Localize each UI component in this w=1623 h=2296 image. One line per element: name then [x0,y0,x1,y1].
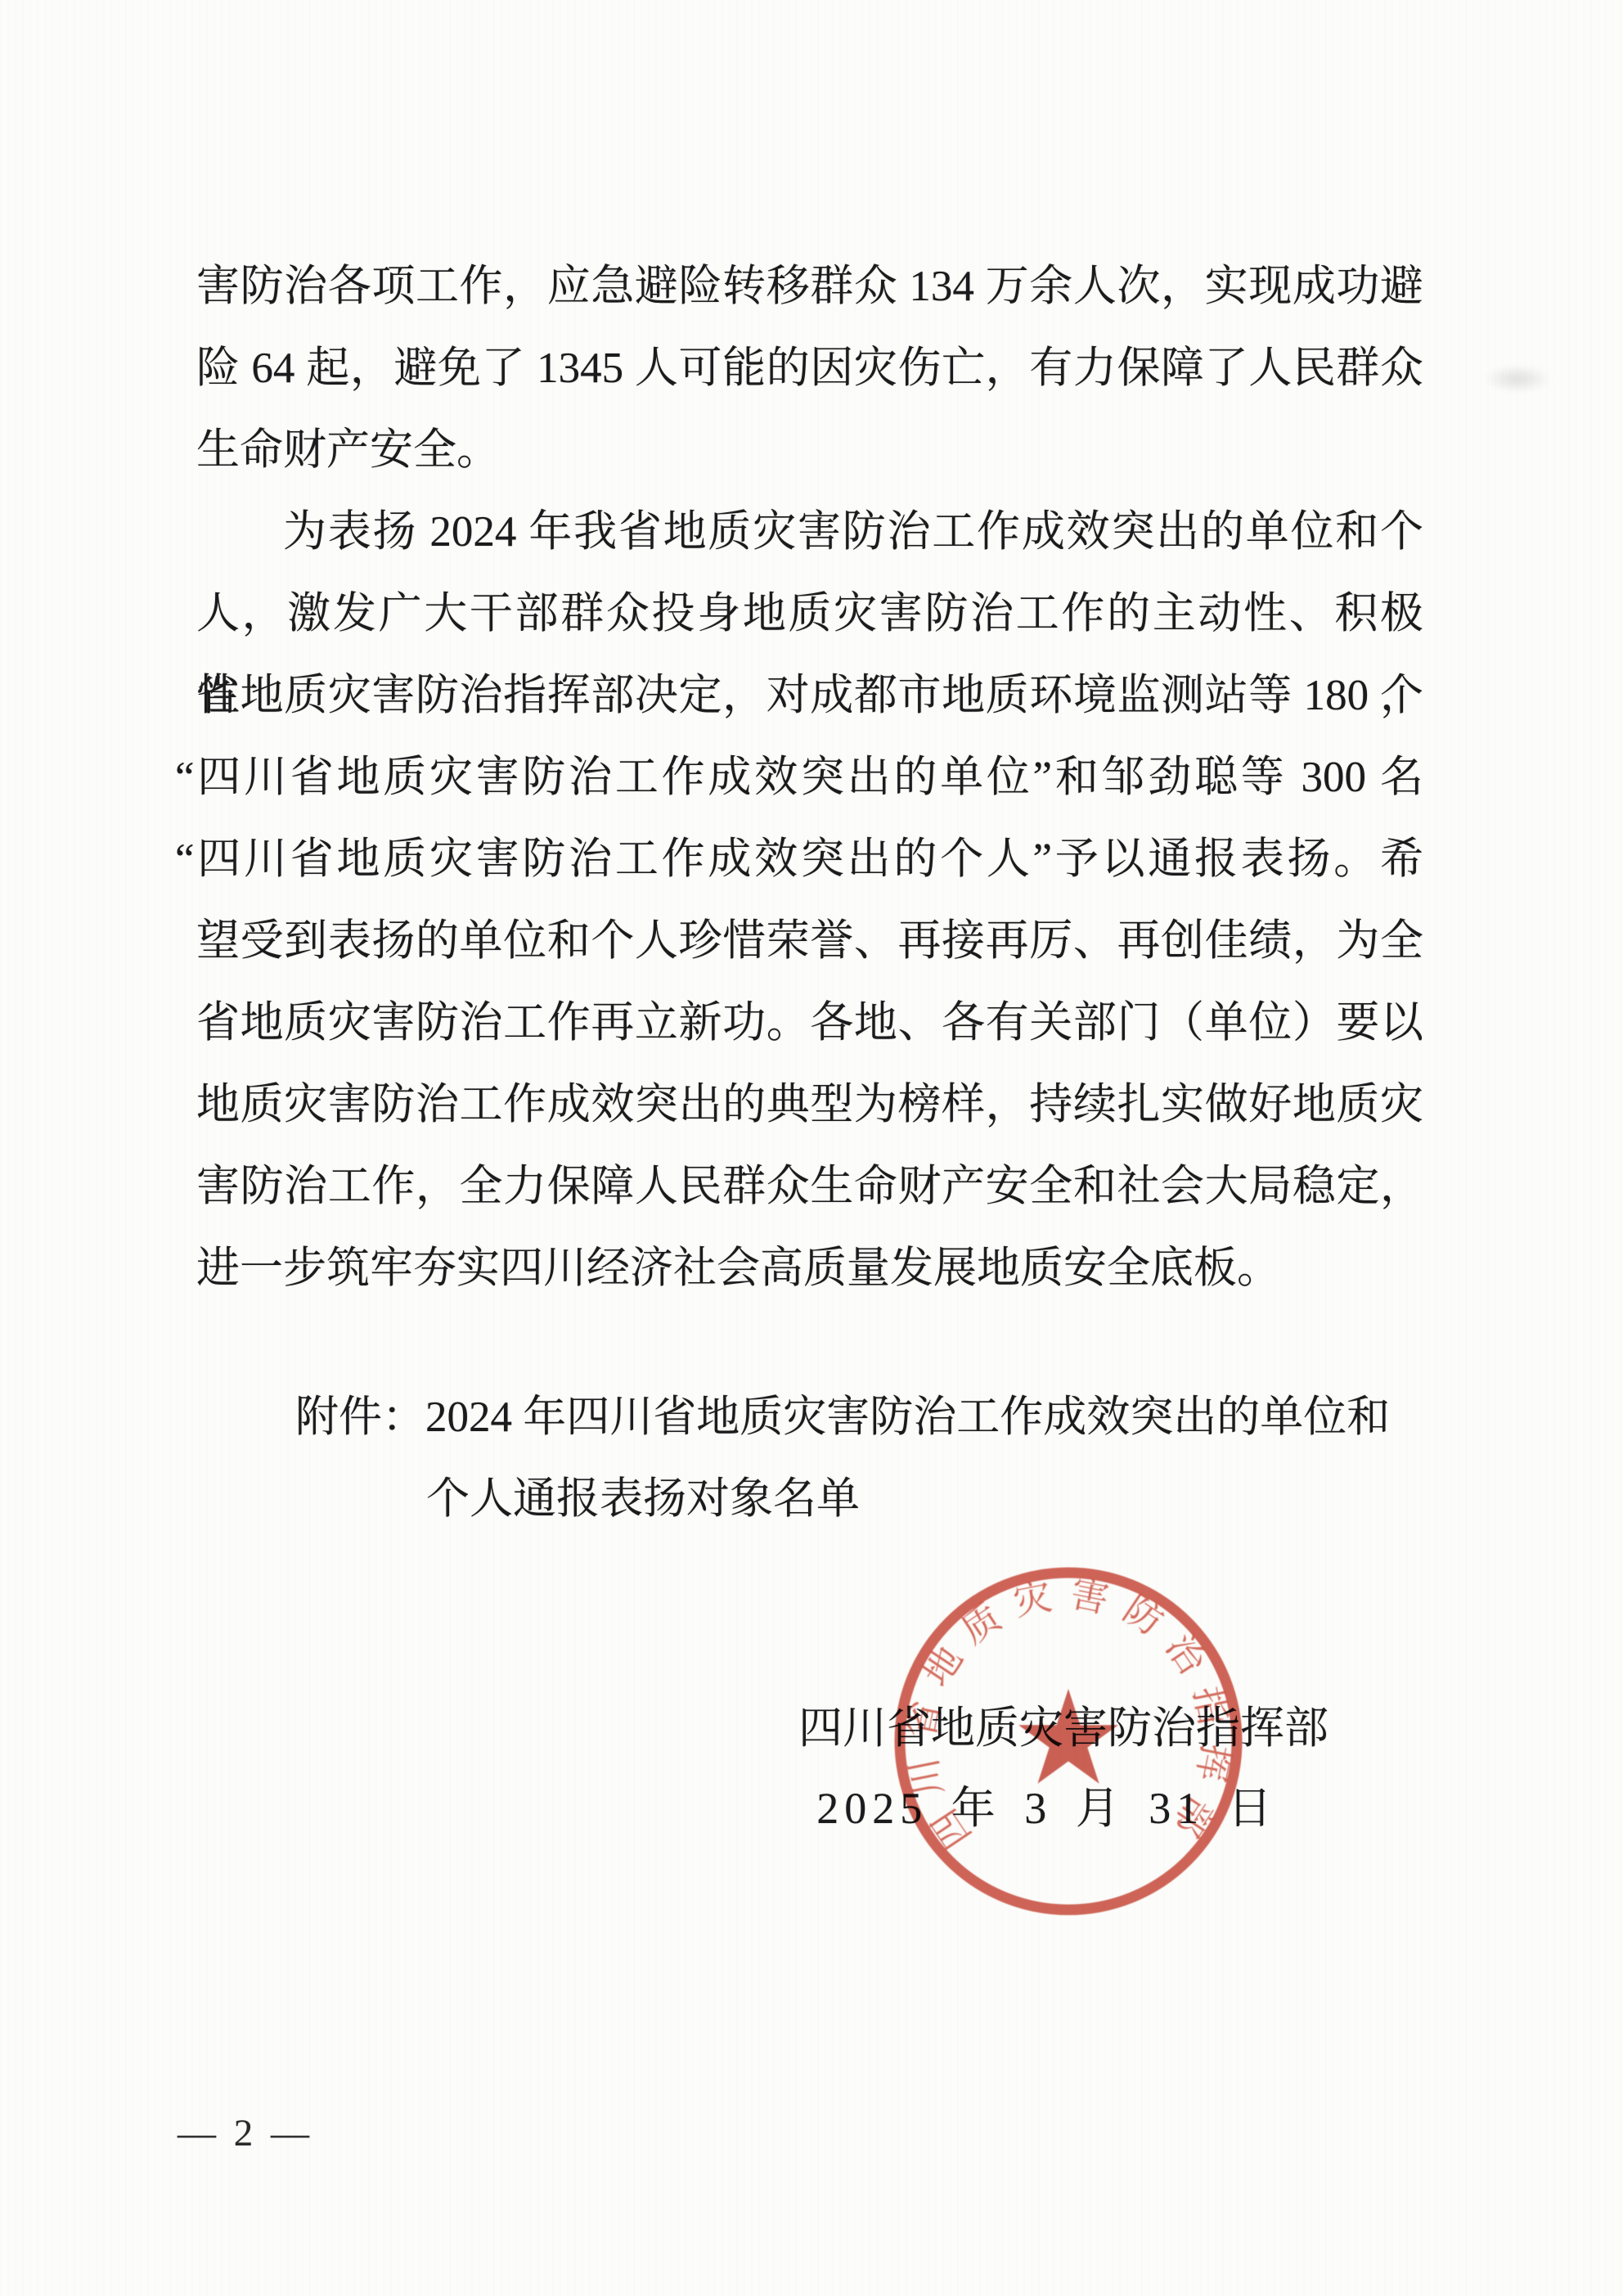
attachment-line-2: 个人通报表扬对象名单 [426,1458,1457,1540]
body-text-line: 省地质灾害防治工作再立新功。各地、各有关部门（单位）要以 [196,982,1423,1064]
scan-artifact-smudge [1472,360,1562,398]
page-number: — 2 — [123,2096,368,2170]
body-text-line: 进一步筑牢夯实四川经济社会高质量发展地质安全底板。 [196,1227,1423,1309]
seal-graphic: 四川省地质灾害防治指挥部 [880,1553,1257,1929]
attachment-line-1: 附件：2024 年四川省地质灾害防治工作成效突出的单位和 [295,1376,1457,1458]
body-text-line: 省地质灾害防治指挥部决定，对成都市地质环境监测站等 180 个 [196,655,1423,736]
body-text-line: 为表扬 2024 年我省地质灾害防治工作成效突出的单位和个 [196,491,1423,573]
official-seal-stamp: 四川省地质灾害防治指挥部 [880,1553,1257,1929]
body-text-line: “四川省地质灾害防治工作成效突出的单位”和邹劲聪等 300 名 [175,736,1423,818]
red-star-icon [1018,1689,1118,1784]
body-text-line: 望受到表扬的单位和个人珍惜荣誉、再接再厉、再创佳绩，为全 [196,900,1423,982]
scanned-document-page: 害防治各项工作，应急避险转移群众 134 万余人次，实现成功避险 64 起，避免… [0,0,1623,2296]
body-text-line: 险 64 起，避免了 1345 人可能的因灾伤亡，有力保障了人民群众 [196,327,1423,409]
body-text-line: 害防治工作，全力保障人民群众生命财产安全和社会大局稳定， [196,1146,1423,1227]
body-text-line: 生命财产安全。 [196,409,1423,491]
body-text-line: 害防治各项工作，应急避险转移群众 134 万余人次，实现成功避 [196,245,1423,327]
body-text-line: “四川省地质灾害防治工作成效突出的个人”予以通报表扬。希 [175,818,1423,900]
document-body: 害防治各项工作，应急避险转移群众 134 万余人次，实现成功避险 64 起，避免… [196,245,1423,1309]
body-text-line: 地质灾害防治工作成效突出的典型为榜样，持续扎实做好地质灾 [196,1064,1423,1146]
body-text-line: 人，激发广大干部群众投身地质灾害防治工作的主动性、积极性， [196,573,1423,655]
attachment-block: 附件：2024 年四川省地质灾害防治工作成效突出的单位和 个人通报表扬对象名单 [295,1376,1457,1540]
